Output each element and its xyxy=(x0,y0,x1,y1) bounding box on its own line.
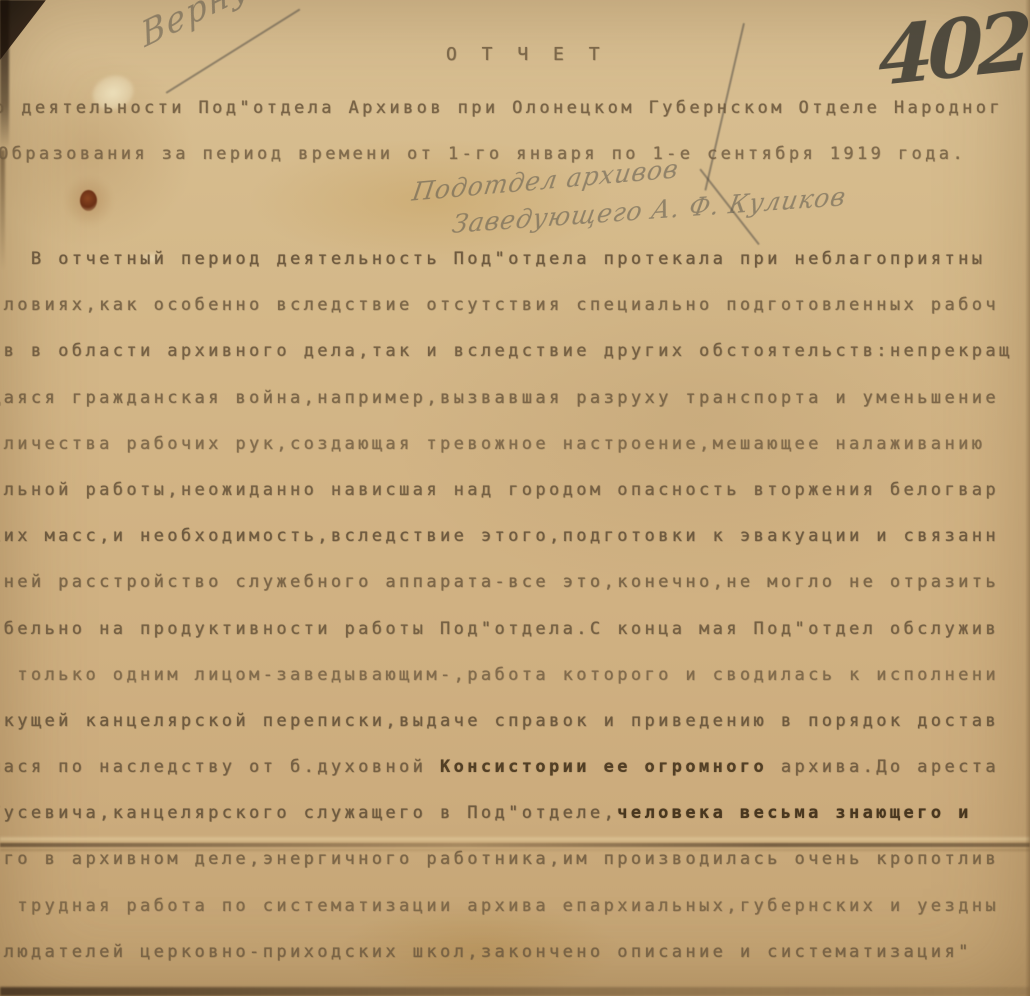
typed-text-segment: оличества рабочих рук,создающая тревожно… xyxy=(0,434,985,454)
typed-text-line: ов в области архивного дела,так и вследс… xyxy=(0,328,1030,374)
handwritten-page-number: 402 xyxy=(878,0,1026,104)
typed-text-emphasis: человека весьма знающего и xyxy=(617,803,972,823)
typed-text-line: словиях,как особенно вследствие отсутств… xyxy=(0,282,1030,328)
typed-text-segment: Гусевича,канцелярского служащего в Под"о… xyxy=(0,803,617,823)
typed-text-segment: архива.До ареста xyxy=(767,757,999,777)
typed-text-line: ого в архивном деле,энергичного работник… xyxy=(0,836,1030,882)
typed-text-line: щаяся гражданская война,например,вызвавш… xyxy=(0,375,1030,421)
typed-text-segment: ней расстройство служебного аппарата-все… xyxy=(0,572,999,592)
typed-text-line: Гусевича,канцелярского служащего в Под"о… xyxy=(0,790,1030,836)
typed-text-segment: екущей канцелярской переписки,выдаче спр… xyxy=(0,711,999,731)
typed-text-segment: я только одним лицом-заведывающим-,работ… xyxy=(0,665,999,685)
typed-text-segment: альной работы,неожиданно нависшая над го… xyxy=(0,480,999,500)
typed-text-line: В отчетный период деятельность Под"отдел… xyxy=(0,236,1030,282)
typed-text-segment: трудная работа по систематизации архива … xyxy=(0,896,999,916)
left-edge-shadow xyxy=(0,0,9,150)
typed-text-line: трудная работа по систематизации архива … xyxy=(0,883,1030,929)
document-title: О Т Ч Е Т xyxy=(446,44,607,65)
document-page: Вернуть 402 Подотдел архивов Заведующего… xyxy=(0,0,1030,996)
typed-text-segment: щаяся гражданская война,например,вызвавш… xyxy=(0,388,999,408)
ink-stain-dot xyxy=(80,190,97,211)
typed-text-emphasis: Консистории ее огромного xyxy=(440,757,767,777)
typed-text-line: шася по наследству от б.духовной Консист… xyxy=(0,744,1030,790)
typed-text-line: я только одним лицом-заведывающим-,работ… xyxy=(0,652,1030,698)
typed-text-segment: В отчетный период деятельность Под"отдел… xyxy=(0,249,985,269)
header-line-1: о деятельности Под"отдела Архивов при Ол… xyxy=(0,98,1003,118)
typed-text-segment: ов в области архивного дела,так и вследс… xyxy=(0,341,1013,361)
typed-text-segment: блюдателей церковно-приходских школ,зако… xyxy=(0,942,972,962)
typed-text-line: екущей канцелярской переписки,выдаче спр… xyxy=(0,698,1030,744)
typed-text-line: альной работы,неожиданно нависшая над го… xyxy=(0,467,1030,513)
bottom-edge-shadow xyxy=(0,987,1030,996)
typed-text-line: ких масс,и необходимость,вследствие этог… xyxy=(0,513,1030,559)
typed-text-segment: шася по наследству от б.духовной xyxy=(0,757,440,777)
typed-text-segment: словиях,как особенно вследствие отсутств… xyxy=(0,295,999,315)
typed-text-segment: ибельно на продуктивности работы Под"отд… xyxy=(0,619,999,639)
typed-text-line: ней расстройство служебного аппарата-все… xyxy=(0,559,1030,605)
typed-text-line: ибельно на продуктивности работы Под"отд… xyxy=(0,606,1030,652)
typed-text-segment: ких масс,и необходимость,вследствие этог… xyxy=(0,526,999,546)
typed-text-line: блюдателей церковно-приходских школ,зако… xyxy=(0,929,1030,975)
typed-text-line: оличества рабочих рук,создающая тревожно… xyxy=(0,421,1030,467)
typed-paragraph: В отчетный период деятельность Под"отдел… xyxy=(0,236,1030,975)
typed-text-segment: ого в архивном деле,энергичного работник… xyxy=(0,849,999,869)
handwritten-return-note: Вернуть xyxy=(138,0,303,56)
header-line-2: Образования за период времени от 1-го ян… xyxy=(0,144,966,164)
